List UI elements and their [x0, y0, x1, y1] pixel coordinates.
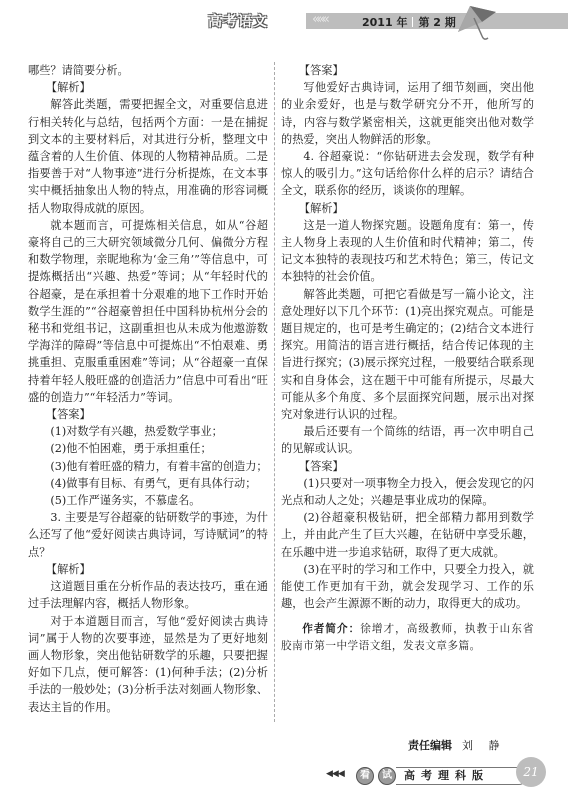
- column-divider: [274, 62, 275, 722]
- answer-item: (1)只要对一项事物全力投入，便会发现它的闪光点和动人之处；兴趣是事业成功的保障…: [281, 475, 534, 509]
- editor-label: 责任编辑: [408, 739, 452, 752]
- section-tag-analysis: 【解析】: [28, 79, 268, 96]
- chevron-left-icon: «««: [312, 12, 327, 27]
- section-tag-answer: 【答案】: [28, 406, 268, 423]
- page-number: 21: [516, 757, 546, 787]
- question-4: 4. 谷超豪说：“你钻研进去会发现，数学有种惊人的吸引力。”这句话给你什么样的启…: [281, 148, 534, 200]
- edition-label: 高考理科版: [404, 767, 489, 783]
- paragraph: 解答此类题，可把它看做是写一篇小论文，注意处理好以下几个环节：(1)亮出探究观点…: [281, 286, 534, 424]
- author-bio: 作者简介：徐增才，高级教师，执教于山东省胶南市第一中学语文组，发表文章多篇。: [281, 621, 534, 655]
- footer-badge-shi: 试: [378, 767, 396, 785]
- author-bio-label: 作者简介：: [302, 623, 360, 635]
- answer-item: (3)他有着旺盛的精力，有着丰富的创造力；: [28, 458, 268, 475]
- paragraph: 解答此类题，需要把握全文，对重要信息进行相关转化与总结，包括两个方面：一是在捕捉…: [28, 96, 268, 216]
- section-tag-answer: 【答案】: [281, 458, 534, 475]
- answer-item: (5)工作严谨务实，不慕虚名。: [28, 492, 268, 509]
- paragraph: 对于本道题目而言，写他“爱好阅读古典诗词”属于人物的次要事迹，显然是为了更好地刻…: [28, 613, 268, 716]
- left-column: 哪些？请简要分析。 【解析】 解答此类题，需要把握全文，对重要信息进行相关转化与…: [28, 62, 268, 716]
- issue-info: 2011 年第 2 期: [362, 14, 456, 30]
- answer-item: (4)做事有目标、有勇气，更有具体行动；: [28, 475, 268, 492]
- issue-year: 2011 年: [362, 16, 407, 29]
- magazine-section-title: 高考语文: [208, 11, 268, 31]
- responsible-editor: 责任编辑刘 静: [408, 737, 506, 753]
- section-tag-analysis: 【解析】: [281, 200, 534, 217]
- right-column: 【答案】 写他爱好古典诗词，运用了细节刻画，突出他的业余爱好，也是与数学研究分不…: [281, 62, 534, 655]
- answer-item: (2)他不怕困难，勇于承担重任；: [28, 440, 268, 457]
- umbrella-icon: [452, 2, 502, 42]
- section-tag-analysis: 【解析】: [28, 561, 268, 578]
- paragraph: 这道题目重在分析作品的表达技巧，重在通过手法理解内容，概括人物形象。: [28, 578, 268, 612]
- answer-item: (3)在平时的学习和工作中，只要全力投入，就能使工作更加有干劲，就会发现学习、工…: [281, 561, 534, 613]
- paragraph: 这是一道人物探究题。设题角度有：第一，传主人物身上表现的人生价值和时代精神；第二…: [281, 217, 534, 286]
- triple-arrow-left-icon: ◀◀◀: [326, 769, 344, 779]
- question-3: 3. 主要是写谷超豪的钻研数学的事迹，为什么还写了他“爱好阅读古典诗词，写诗赋词…: [28, 509, 268, 561]
- page-footer: ◀◀◀ 看 试 高考理科版 21: [320, 757, 560, 793]
- answer-item: (2)谷超豪积极钻研，把全部精力都用到数学上，并由此产生了巨大兴趣，在钻研中享受…: [281, 509, 534, 561]
- section-tag-answer: 【答案】: [281, 62, 534, 79]
- page-header: 高考语文 ««« 2011 年第 2 期: [0, 0, 579, 36]
- editor-name: 刘 静: [462, 739, 506, 752]
- paragraph: 写他爱好古典诗词，运用了细节刻画，突出他的业余爱好，也是与数学研究分不开，他所写…: [281, 79, 534, 148]
- paragraph: 就本题而言，可提炼相关信息，如从“谷超豪将自己的三大研究领域微分几何、偏微分方程…: [28, 217, 268, 406]
- answer-item: (1)对数学有兴趣，热爱数学事业；: [28, 423, 268, 440]
- footer-badge-kan: 看: [356, 767, 374, 785]
- issue-number: 第 2 期: [418, 16, 455, 29]
- question-tail: 哪些？请简要分析。: [28, 62, 268, 79]
- paragraph: 最后还要有一个简练的结语，再一次申明自己的见解或认识。: [281, 423, 534, 457]
- issue-separator: [412, 17, 413, 27]
